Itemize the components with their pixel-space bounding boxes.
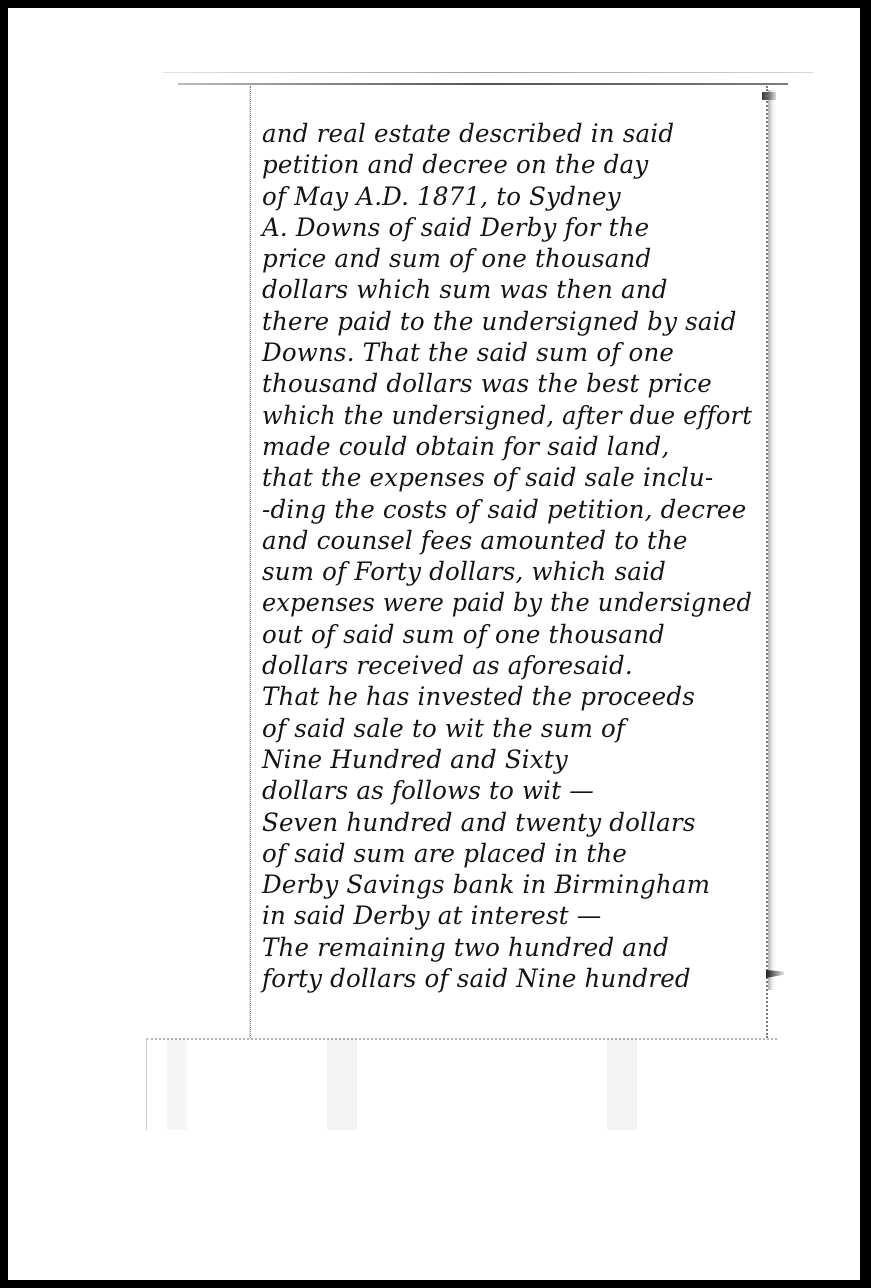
text-line: dollars received as aforesaid. [262,650,752,681]
text-line: Seven hundred and twenty dollars [262,807,752,838]
text-line: in said Derby at interest — [262,900,752,931]
text-line: of said sale to wit the sum of [262,713,752,744]
page-edge-shadow [767,90,777,990]
text-line: Nine Hundred and Sixty [262,744,752,775]
text-line: dollars which sum was then and [262,274,752,305]
page-corner-mark [762,92,776,100]
underlying-sheet-edge [178,83,788,85]
text-line: of May A.D. 1871, to Sydney [262,181,752,212]
underlying-sheet-edge [163,72,813,73]
text-line: forty dollars of said Nine hundred [262,963,752,994]
text-line: which the undersigned, after due effort [262,400,744,431]
text-line: price and sum of one thousand [262,243,752,274]
text-line: and real estate described in said [262,118,752,149]
text-line: out of said sum of one thousand [262,619,752,650]
text-line: that the expenses of said sale inclu- [262,462,752,493]
text-line: The remaining two hundred and [262,932,752,963]
text-line: there paid to the undersigned by said [262,306,752,337]
text-line: sum of Forty dollars, which said [262,556,752,587]
text-line: expenses were paid by the undersigned [262,587,742,618]
text-line: thousand dollars was the best price [262,368,752,399]
text-line: of said sum are placed in the [262,838,752,869]
text-line: petition and decree on the day [262,149,752,180]
text-line: dollars as follows to wit — [262,775,752,806]
underlying-sheet [146,1038,777,1130]
text-line: and counsel fees amounted to the [262,525,752,556]
text-line: That he has invested the proceeds [262,681,752,712]
text-line: made could obtain for said land, [262,431,752,462]
handwritten-text: and real estate described in said petiti… [262,118,762,994]
text-line: -ding the costs of said petition, decree [262,494,752,525]
text-line: A. Downs of said Derby for the [262,212,752,243]
text-line: Downs. That the said sum of one [262,337,752,368]
text-line: Derby Savings bank in Birmingham [262,869,752,900]
